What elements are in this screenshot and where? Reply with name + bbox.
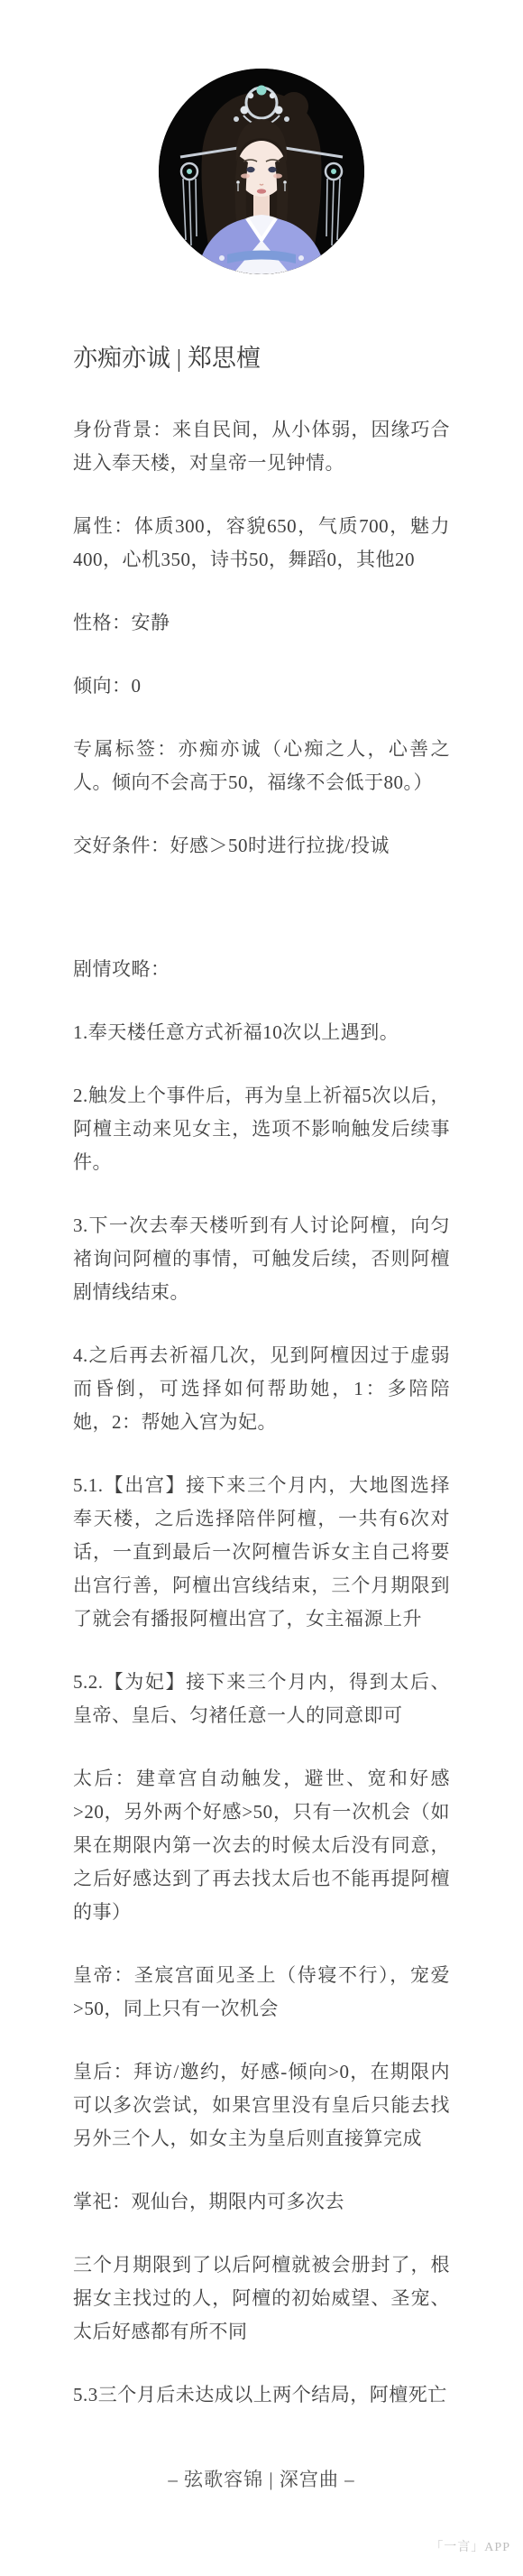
profile-tendency: 倾向：0 bbox=[73, 669, 450, 703]
guide-step-4: 4.之后再去祈福几次，见到阿檀因过于虚弱而昏倒，可选择如何帮助她，1：多陪陪她，… bbox=[73, 1339, 450, 1439]
guide-step-1: 1.奉天楼任意方式祈福10次以上遇到。 bbox=[73, 1016, 450, 1049]
guide-step-5-1: 5.1.【出宫】接下来三个月内，大地图选择奉天楼，之后选择陪伴阿檀，一共有6次对… bbox=[73, 1469, 450, 1636]
avatar-section bbox=[0, 0, 523, 274]
guide-route-emperor: 皇帝：圣宸宫面见圣上（侍寝不行），宠爱>50，同上只有一次机会 bbox=[73, 1959, 450, 2026]
article-body: 亦痴亦诚 | 郑思檀 身份背景：来自民间，从小体弱，因缘巧合进入奉天楼，对皇帝一… bbox=[73, 341, 450, 2412]
app-watermark: 「一言」APP bbox=[430, 2539, 510, 2557]
guide-deadline-note: 三个月期限到了以后阿檀就被会册封了，根据女主找过的人，阿檀的初始威望、圣宠、太后… bbox=[73, 2248, 450, 2349]
series-footer-label: – 弦歌容锦 | 深宫曲 – bbox=[0, 2466, 523, 2493]
guide-heading: 剧情攻略： bbox=[73, 953, 450, 986]
guide-step-2: 2.触发上个事件后，再为皇上祈福5次以后，阿檀主动来见女主，选项不影响触发后续事… bbox=[73, 1079, 450, 1179]
character-guide-page: { "page": { "background": "#ffffff", "te… bbox=[0, 0, 523, 2576]
guide-route-empress: 皇后：拜访/邀约，好感-倾向>0，在期限内可以多次尝试，如果宫里没有皇后只能去找… bbox=[73, 2055, 450, 2156]
character-portrait-image bbox=[159, 69, 364, 274]
avatar bbox=[159, 69, 364, 274]
page-title: 亦痴亦诚 | 郑思檀 bbox=[73, 341, 450, 375]
profile-background: 身份背景：来自民间，从小体弱，因缘巧合进入奉天楼，对皇帝一见钟情。 bbox=[73, 413, 450, 480]
guide-route-empress-dowager: 太后：建章宫自动触发，避世、宽和好感>20，另外两个好感>50，只有一次机会（如… bbox=[73, 1762, 450, 1929]
guide-route-ritual-master: 掌祀：观仙台，期限内可多次去 bbox=[73, 2185, 450, 2219]
profile-personality: 性格：安静 bbox=[73, 606, 450, 640]
guide-step-3: 3.下一次去奉天楼听到有人讨论阿檀，向匀褚询问阿檀的事情，可触发后续，否则阿檀剧… bbox=[73, 1209, 450, 1309]
guide-step-5-2: 5.2.【为妃】接下来三个月内，得到太后、皇帝、皇后、匀褚任意一人的同意即可 bbox=[73, 1666, 450, 1732]
profile-attributes: 属性：体质300，容貌650，气质700，魅力400，心机350，诗书50，舞蹈… bbox=[73, 510, 450, 577]
profile-exclusive-tag: 专属标签：亦痴亦诚（心痴之人，心善之人。倾向不会高于50，福缘不会低于80。） bbox=[73, 733, 450, 799]
guide-step-5-3: 5.3三个月后未达成以上两个结局，阿檀死亡 bbox=[73, 2378, 450, 2412]
profile-friend-condition: 交好条件：好感＞50时进行拉拢/投诚 bbox=[73, 829, 450, 863]
